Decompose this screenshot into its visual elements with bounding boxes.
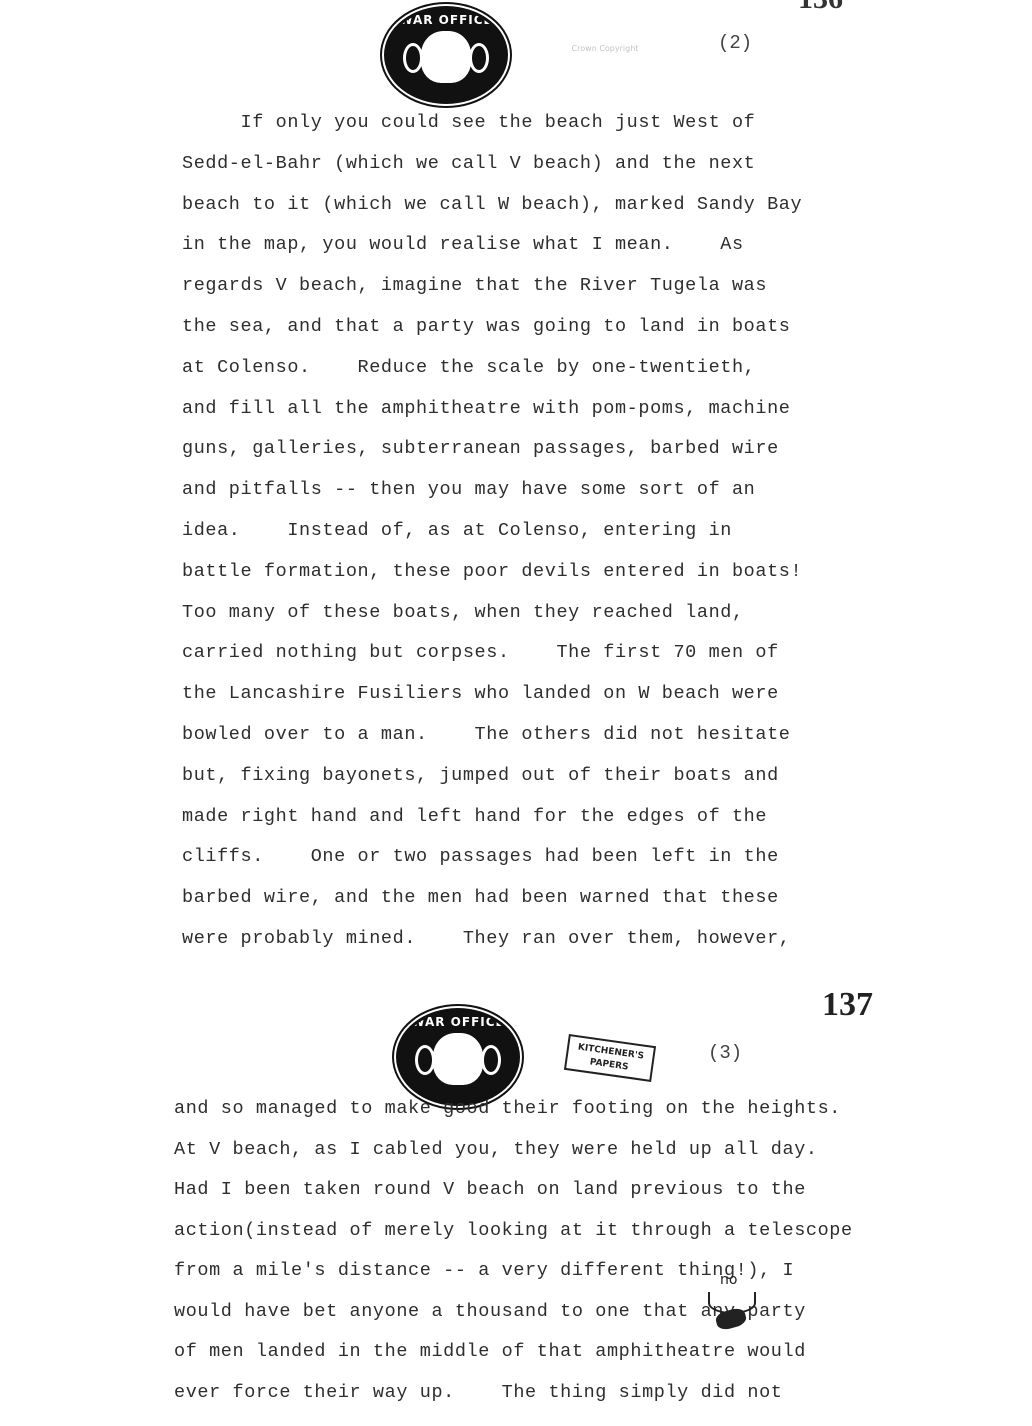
seal-text: WAR OFFICE: [399, 1015, 517, 1029]
text-line: and so managed to make good their footin…: [174, 1098, 841, 1119]
crest-scroll-icon: [415, 1045, 435, 1075]
text-line: but, fixing bayonets, jumped out of thei…: [182, 765, 779, 786]
letter-page-3: 137 WAR OFFICE (3) and so managed to mak…: [0, 980, 1032, 1426]
faint-copyright-stamp: Crown Copyright: [560, 44, 650, 84]
text-line: and pitfalls -- then you may have some s…: [182, 479, 755, 500]
page-label: (3): [708, 1042, 742, 1064]
text-line: of men landed in the middle of that amph…: [174, 1341, 806, 1362]
text-line: At V beach, as I cabled you, they were h…: [174, 1139, 818, 1160]
folio-number-partial: 136: [798, 0, 843, 16]
text-line: beach to it (which we call W beach), mar…: [182, 194, 802, 215]
war-office-seal: WAR OFFICE: [384, 6, 508, 104]
text-line: bowled over to a man. The others did not…: [182, 724, 791, 745]
text-line: from a mile's distance -- a very differe…: [174, 1260, 794, 1281]
handwritten-correction: no: [720, 1272, 737, 1288]
text-line: Had I been taken round V beach on land p…: [174, 1179, 806, 1200]
royal-crest-icon: [433, 1033, 483, 1085]
text-line: battle formation, these poor devils ente…: [182, 561, 802, 582]
crest-scroll-icon: [481, 1045, 501, 1075]
letter-page-2: 136 WAR OFFICE Crown Copyright (2) If on…: [0, 0, 1032, 980]
text-line: and fill all the amphitheatre with pom-p…: [182, 398, 791, 419]
text-line: Too many of these boats, when they reach…: [182, 602, 744, 623]
crest-scroll-icon: [403, 43, 423, 73]
crest-scroll-icon: [469, 43, 489, 73]
text-line: at Colenso. Reduce the scale by one-twen…: [182, 357, 755, 378]
text-line: the sea, and that a party was going to l…: [182, 316, 791, 337]
text-line: carried nothing but corpses. The first 7…: [182, 642, 779, 663]
text-line: the Lancashire Fusiliers who landed on W…: [182, 683, 779, 704]
seal-text: WAR OFFICE: [387, 13, 505, 27]
folio-number: 137: [822, 986, 873, 1024]
text-line: guns, galleries, subterranean passages, …: [182, 438, 779, 459]
text-line: made right hand and left hand for the ed…: [182, 806, 767, 827]
text-line: If only you could see the beach just Wes…: [182, 112, 755, 133]
text-line: barbed wire, and the men had been warned…: [182, 887, 779, 908]
royal-crest-icon: [421, 31, 471, 83]
text-line: ever force their way up. The thing simpl…: [174, 1382, 783, 1403]
war-office-seal: WAR OFFICE: [396, 1008, 520, 1106]
text-line: idea. Instead of, as at Colenso, enterin…: [182, 520, 732, 541]
page-label: (2): [718, 32, 752, 54]
text-line: cliffs. One or two passages had been lef…: [182, 846, 779, 867]
text-line: Sedd-el-Bahr (which we call V beach) and…: [182, 153, 755, 174]
text-line: were probably mined. They ran over them,…: [182, 928, 791, 949]
text-line: in the map, you would realise what I mea…: [182, 234, 744, 255]
text-line: action(instead of merely looking at it t…: [174, 1220, 853, 1241]
text-line: regards V beach, imagine that the River …: [182, 275, 767, 296]
